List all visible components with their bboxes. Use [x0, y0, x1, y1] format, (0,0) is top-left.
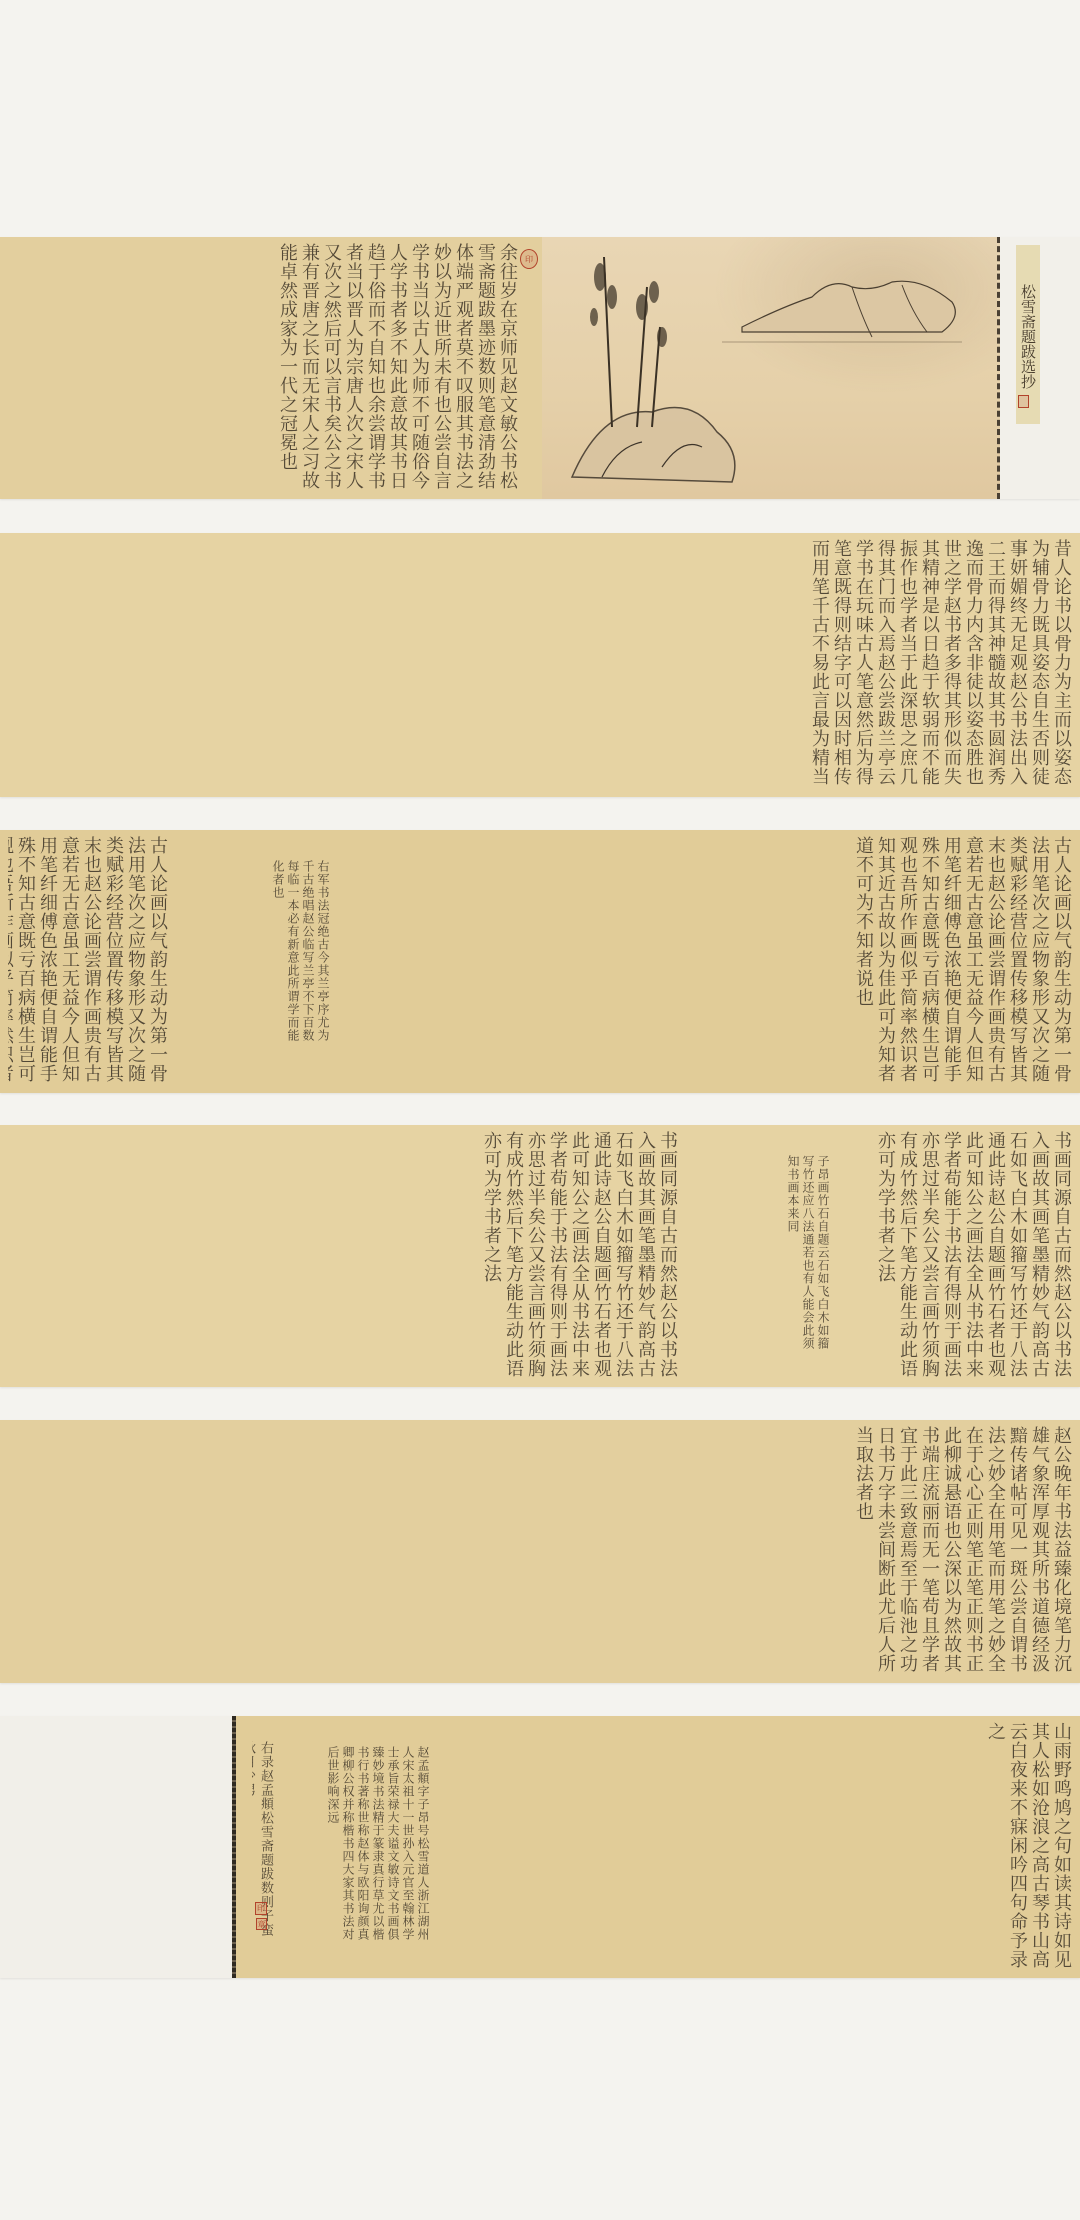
calligraphy-text-4b: 书画同源自古而然赵公以书法入画故其画笔墨精妙气韵高古石如飞白木如籀写竹还于八法通… [845, 1131, 1072, 1381]
landscape-painting [542, 237, 1000, 499]
blank-silk-panel [1000, 237, 1080, 499]
scroll-section-3: 古人论画以气韵生动为第一骨法用笔次之应物象形又次之随类赋彩经营位置传移模写皆其末… [0, 830, 1080, 1093]
end-paper [0, 1716, 232, 1978]
landscape-sketch-icon [542, 237, 997, 499]
calligraphy-text-3a: 古人论画以气韵生动为第一骨法用笔次之应物象形又次之随类赋彩经营位置传移模写皆其末… [8, 836, 168, 1087]
title-seal [1018, 395, 1029, 408]
calligraphy-text-6: 山雨野鸣鸠之句如读其诗如见其人松如沧浪之高古琴书山高云白夜来不寐闲吟四句命予录之 [455, 1722, 1072, 1972]
colophon: 右录赵孟頫松雪斋题跋数则子蛮秋月少男 [252, 1741, 274, 1948]
inset-text-3: 右军书法冠绝古今其兰亭序尤为千古绝唱赵公临写兰亭不下百数每临一本必有新意此所谓学… [175, 860, 330, 1053]
inset-text-4: 子昂画竹石自题云石如飞白木如籀写竹还应八法通若也有人能会此须知书画本来同 [690, 1155, 830, 1357]
biography-text: 赵孟頫字子昂号松雪道人浙江湖州人宋太祖十一世孙入元官至翰林学士承旨荣禄大夫谥文敏… [310, 1746, 430, 1948]
calligraphy-text-2: 昔人论书以骨力为主而以姿态为辅骨力既具姿态自生否则徒事妍媚终无足观赵公书法出入二… [8, 539, 1072, 791]
calligraphy-text-3b: 古人论画以气韵生动为第一骨法用笔次之应物象形又次之随类赋彩经营位置传移模写皆其末… [345, 836, 1072, 1087]
scroll-section-6: 右录赵孟頫松雪斋题跋数则子蛮秋月少男 印 章 赵孟頫字子昂号松雪道人浙江湖州人宋… [0, 1716, 1080, 1978]
calligraphy-text-5: 赵公晚年书法益臻化境笔力沉雄气象浑厚观其所书道德经汲黯传诸帖可见一斑公尝自谓书法… [8, 1426, 1072, 1677]
scroll-section-5: 赵公晚年书法益臻化境笔力沉雄气象浑厚观其所书道德经汲黯传诸帖可见一斑公尝自谓书法… [0, 1420, 1080, 1683]
scroll-section-1: 余往岁在京师见赵文敏公书松雪斋题跋墨迹数则笔意清劲结体端严观者莫不叹服其书法之妙… [0, 237, 1080, 499]
scroll-section-4: 书画同源自古而然赵公以书法入画故其画笔墨精妙气韵高古石如飞白木如籀写竹还于八法通… [0, 1125, 1080, 1387]
colophon-seal-2: 章 [256, 1918, 267, 1930]
mount-edge [232, 1716, 236, 1978]
opening-seal: 印 [520, 249, 538, 269]
calligraphy-text-4a: 书画同源自古而然赵公以书法入画故其画笔墨精妙气韵高古石如飞白木如籀写竹还于八法通… [8, 1131, 678, 1381]
colophon-seal-1: 印 [255, 1902, 267, 1915]
calligraphy-text-1: 余往岁在京师见赵文敏公书松雪斋题跋墨迹数则笔意清劲结体端严观者莫不叹服其书法之妙… [8, 243, 518, 493]
scroll-section-2: 昔人论书以骨力为主而以姿态为辅骨力既具姿态自生否则徒事妍媚终无足观赵公书法出入二… [0, 533, 1080, 797]
